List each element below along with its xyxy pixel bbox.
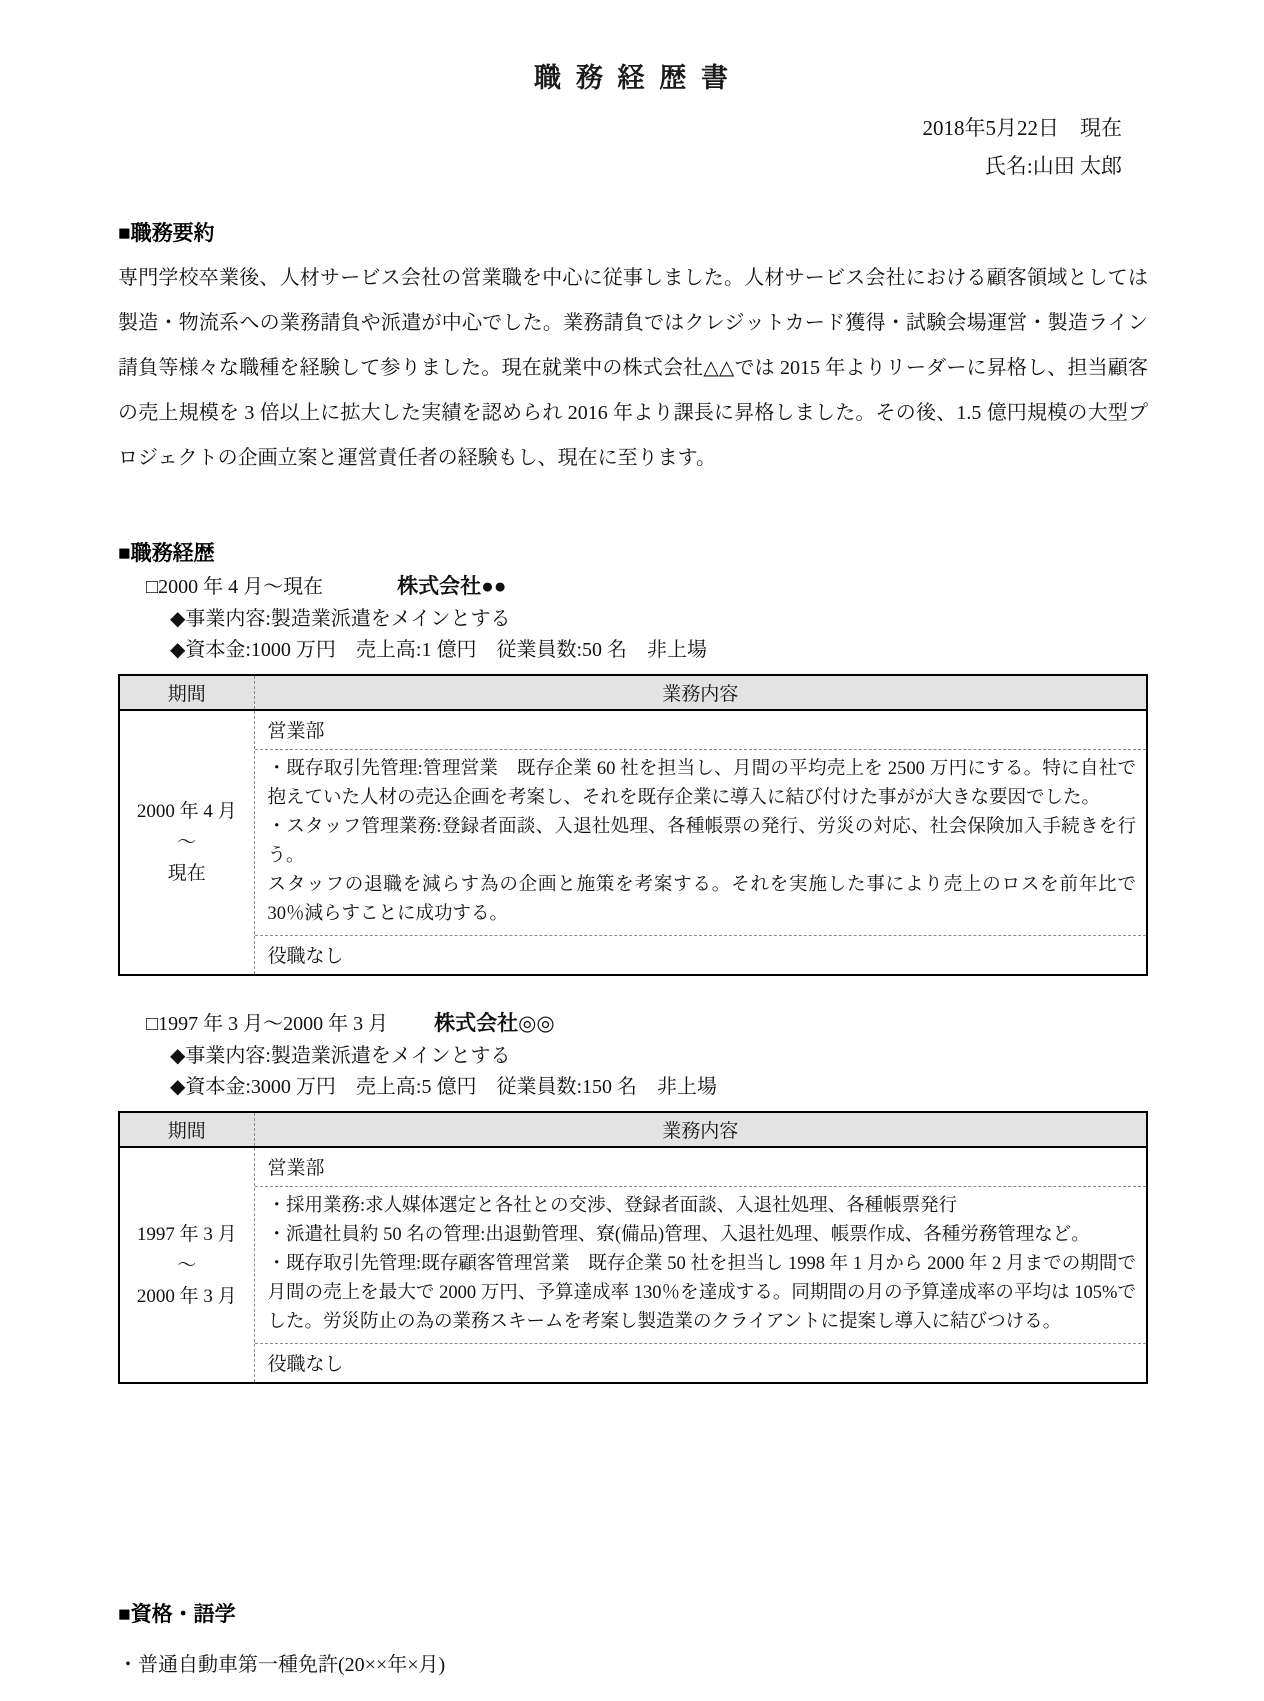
summary-heading: ■職務要約 <box>118 217 1148 247</box>
company-period-range: □1997 年 3 月～2000 年 3 月 <box>146 1013 388 1035</box>
career-table-2: 期間 業務内容 1997 年 3 月 ～ 2000 年 3 月 営業部 <box>118 1111 1148 1384</box>
resume-page: 職 務 経 歴 書 2018年5月22日 現在 氏名:山田 太郎 ■職務要約 専… <box>0 0 1264 1701</box>
company-block-2: □1997 年 3 月～2000 年 3 月株式会社◎◎ ◆事業内容:製造業派遣… <box>118 1008 1148 1384</box>
summary-body: 専門学校卒業後、人材サービス会社の営業職を中心に従事しました。人材サービス会社に… <box>118 256 1148 481</box>
content-column-header: 業務内容 <box>254 675 1147 710</box>
qualification-item: ・普通自動車第一種免許(20××年×月) <box>118 1650 1148 1680</box>
company-block-1: □2000 年 4 月～現在株式会社●● ◆事業内容:製造業派遣をメインとする … <box>118 571 1148 976</box>
page-title: 職 務 経 歴 書 <box>118 56 1148 95</box>
details-row: ・採用業務:求人媒体選定と各社との交渉、登録者面談、入退社処理、各種帳票発行 ・… <box>255 1187 1147 1344</box>
table-header-row: 期間 業務内容 <box>119 1112 1147 1147</box>
table-body-row: 1997 年 3 月 ～ 2000 年 3 月 営業部 ・採用業務:求人媒体選定… <box>119 1147 1147 1383</box>
detail-item: ・既存取引先管理:管理営業 既存企業 60 社を担当し、月間の平均売上を 250… <box>268 755 1137 813</box>
period-start: 1997 年 3 月 <box>122 1219 252 1250</box>
company-capital-line: ◆資本金:3000 万円 売上高:5 億円 従業員数:150 名 非上場 <box>118 1073 1148 1102</box>
company-period-line: □2000 年 4 月～現在株式会社●● <box>118 571 1148 603</box>
period-tilde: ～ <box>122 1250 252 1281</box>
period-end: 2000 年 3 月 <box>122 1281 252 1312</box>
table-body-row: 2000 年 4 月 ～ 現在 営業部 ・既存取引先管理:管理営業 既存企業 6… <box>119 710 1147 975</box>
career-table-1: 期間 業務内容 2000 年 4 月 ～ 現在 営業部 <box>118 674 1148 976</box>
company-business-line: ◆事業内容:製造業派遣をメインとする <box>118 605 1148 634</box>
content-cell: 営業部 ・採用業務:求人媒体選定と各社との交渉、登録者面談、入退社処理、各種帳票… <box>254 1147 1147 1383</box>
resume-content: 職 務 経 歴 書 2018年5月22日 現在 氏名:山田 太郎 ■職務要約 専… <box>0 0 1264 1680</box>
company-name: 株式会社◎◎ <box>434 1011 555 1035</box>
period-tilde: ～ <box>122 827 252 858</box>
department-row: 営業部 <box>255 711 1147 750</box>
career-heading: ■職務経歴 <box>118 537 1148 567</box>
name-line: 氏名:山田 太郎 <box>118 147 1122 185</box>
period-start: 2000 年 4 月 <box>122 796 252 827</box>
detail-item: スタッフの退職を減らす為の企画と施策を考案する。それを実施した事により売上のロス… <box>268 871 1137 929</box>
table-header-row: 期間 業務内容 <box>119 675 1147 710</box>
header-meta: 2018年5月22日 現在 氏名:山田 太郎 <box>118 109 1148 185</box>
period-cell: 2000 年 4 月 ～ 現在 <box>119 710 254 975</box>
company-period-line: □1997 年 3 月～2000 年 3 月株式会社◎◎ <box>118 1008 1148 1040</box>
company-business-line: ◆事業内容:製造業派遣をメインとする <box>118 1042 1148 1071</box>
date-line: 2018年5月22日 現在 <box>118 109 1122 147</box>
period-cell: 1997 年 3 月 ～ 2000 年 3 月 <box>119 1147 254 1383</box>
details-row: ・既存取引先管理:管理営業 既存企業 60 社を担当し、月間の平均売上を 250… <box>255 750 1147 936</box>
detail-item: ・派遣社員約 50 名の管理:出退勤管理、寮(備品)管理、入退社処理、帳票作成、… <box>268 1221 1137 1250</box>
period-end: 現在 <box>122 858 252 889</box>
company-capital-line: ◆資本金:1000 万円 売上高:1 億円 従業員数:50 名 非上場 <box>118 636 1148 665</box>
department-row: 営業部 <box>255 1148 1147 1187</box>
detail-item: ・採用業務:求人媒体選定と各社との交渉、登録者面談、入退社処理、各種帳票発行 <box>268 1192 1137 1221</box>
period-column-header: 期間 <box>119 1112 254 1147</box>
company-name: 株式会社●● <box>397 574 506 598</box>
qualifications-heading: ■資格・語学 <box>118 1598 1148 1628</box>
company-period-range: □2000 年 4 月～現在 <box>146 576 323 598</box>
position-row: 役職なし <box>255 1344 1147 1382</box>
position-row: 役職なし <box>255 936 1147 974</box>
period-column-header: 期間 <box>119 675 254 710</box>
content-cell: 営業部 ・既存取引先管理:管理営業 既存企業 60 社を担当し、月間の平均売上を… <box>254 710 1147 975</box>
content-column-header: 業務内容 <box>254 1112 1147 1147</box>
detail-item: ・既存取引先管理:既存顧客管理営業 既存企業 50 社を担当し 1998 年 1… <box>268 1250 1137 1337</box>
detail-item: ・スタッフ管理業務:登録者面談、入退社処理、各種帳票の発行、労災の対応、社会保険… <box>268 813 1137 871</box>
